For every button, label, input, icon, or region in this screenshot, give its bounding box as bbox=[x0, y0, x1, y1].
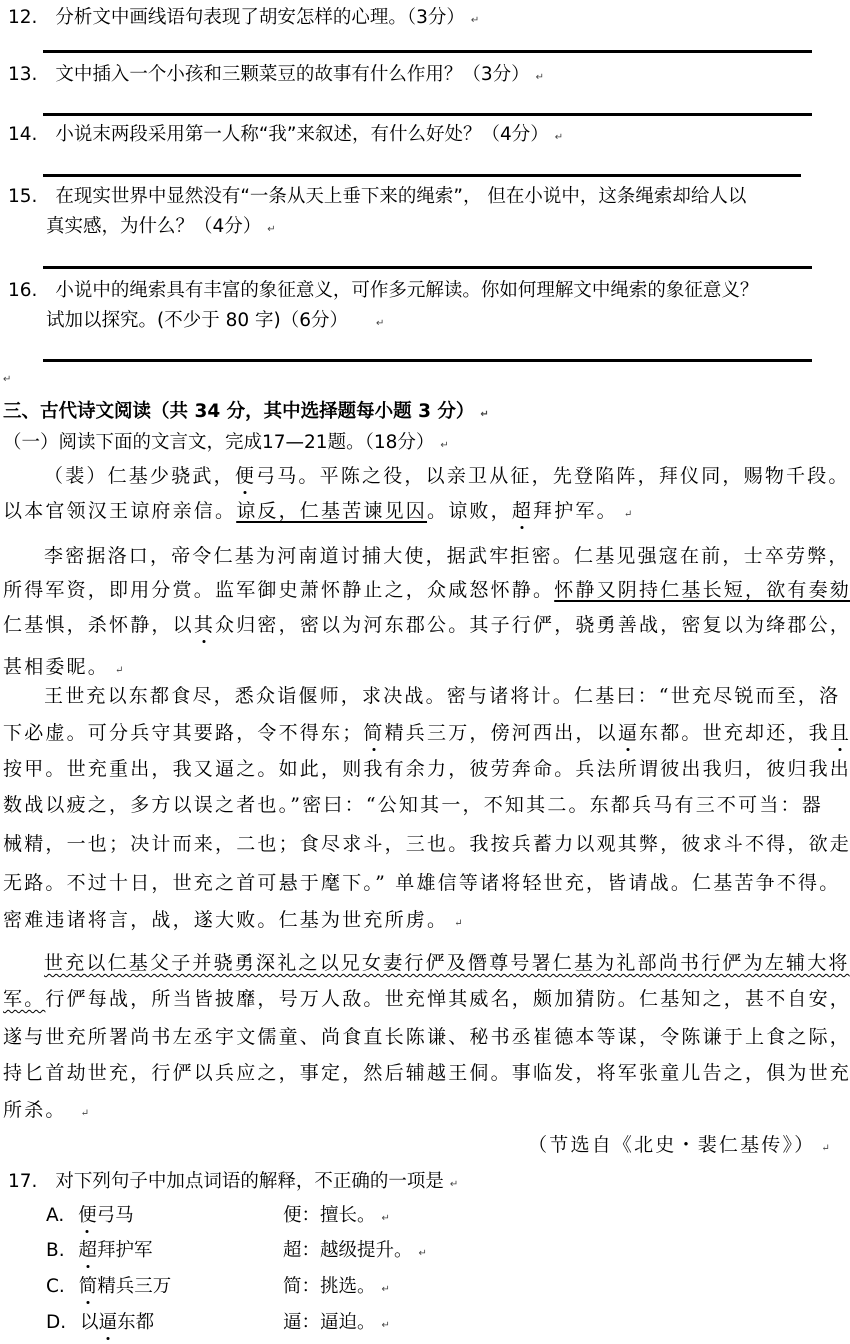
paragraph-mark: ↵ bbox=[440, 440, 448, 451]
question-16-line2: 试加以探究。(不少于 80 字)（6分）↵ bbox=[46, 310, 384, 335]
paragraph-mark: ↵ bbox=[536, 72, 544, 83]
paragraph-mark: ↵ bbox=[382, 1213, 390, 1224]
text: 无路。不过十日，世充之首可悬于麾下。” 单雄信等诸将轻世充，皆请战。仁基苦争不得… bbox=[3, 872, 840, 894]
dotted-word: 逼 bbox=[99, 1312, 118, 1333]
text: 王世充以东都食尽，悉众诣偃师，求决战。密与诸将计。仁基曰：“世充尽锐而至，洛 bbox=[44, 685, 840, 707]
question-text-line1: 小说中的绳索具有丰富的象征意义，可作多元解读。你如何理解文中绳索的象征意义？ bbox=[55, 280, 758, 301]
option-phrase: 精兵三万 bbox=[97, 1276, 171, 1297]
question-number: 12. bbox=[8, 7, 37, 28]
text: 所杀。 bbox=[3, 1099, 67, 1121]
passage-p2-line1: 李密据洛口，帝令仁基为河南道讨捕大使，据武牢拒密。仁基见强寇在前，士卒劳弊， bbox=[44, 545, 850, 567]
option-explanation: 便：擅长。 bbox=[283, 1205, 376, 1226]
paragraph-mark: ↵ bbox=[115, 665, 126, 676]
passage-p4-line2: 军。行俨每战，所当皆披靡，号万人敌。世充惮其威名，颇加猜防。仁基知之，甚不自安， bbox=[3, 988, 850, 1010]
question-text-line2: 真实感，为什么？（4分） bbox=[46, 216, 261, 237]
option-label: C. bbox=[46, 1276, 65, 1297]
question-text-line1: 在现实世界中显然没有“一条从天上垂下来的绳索”， 但在小说中，这条绳索却给人以 bbox=[55, 186, 746, 207]
question-number: 17. bbox=[8, 1171, 37, 1192]
option-explanation: 简：挑选。 bbox=[283, 1276, 376, 1297]
answer-line-16[interactable] bbox=[43, 359, 812, 362]
question-text: 文中插入一个小孩和三颗菜豆的故事有什么作用？（3分） bbox=[55, 64, 529, 85]
answer-line-12[interactable] bbox=[43, 50, 812, 53]
question-text: 小说末两段采用第一人称“我”来叙述，有什么好处？（4分） bbox=[55, 124, 548, 145]
question-16: 16. 小说中的绳索具有丰富的象征意义，可作多元解读。你如何理解文中绳索的象征意… bbox=[8, 280, 758, 302]
text: 仁基惧，杀怀静，以 bbox=[3, 614, 194, 636]
option-c-explain: 简：挑选。↵ bbox=[283, 1276, 390, 1301]
question-14: 14. 小说末两段采用第一人称“我”来叙述，有什么好处？（4分）↵ bbox=[8, 124, 563, 149]
option-label: D. bbox=[46, 1312, 66, 1333]
question-text: 对下列句子中加点词语的解释，不正确的一项是 bbox=[55, 1171, 444, 1192]
passage-source: （节选自《北史・裴仁基传》）↵ bbox=[528, 1134, 832, 1160]
option-phrase: 弓马 bbox=[97, 1205, 134, 1226]
text: 众归密，密以为河东郡公。其子行俨，骁勇善战，密复以为绛郡公， bbox=[215, 614, 850, 636]
section-title: 三、古代诗文阅读（共 34 分，其中选择题每小题 3 分） bbox=[3, 401, 474, 422]
question-number: 15. bbox=[8, 186, 37, 207]
text: 密难违诸将言，战，遂大败。仁基为世充所虏。 bbox=[3, 909, 448, 931]
option-label: B. bbox=[46, 1240, 65, 1261]
option-a-explain: 便：擅长。↵ bbox=[283, 1205, 390, 1230]
option-phrase: 拜护军 bbox=[97, 1240, 153, 1261]
passage-p4-line3: 遂与世充所署尚书左丞宇文儒童、尚食直长陈谦、秘书丞崔德本等谋，令陈谦于上食之际， bbox=[3, 1026, 850, 1048]
paragraph-mark: ↵ bbox=[624, 509, 635, 520]
passage-p3-line3: 按甲。世充重出，我又逼之。如此，则我有余力，彼劳奔命。兵法所谓彼出我归，彼归我出… bbox=[3, 758, 850, 780]
text: 甚相委昵。 bbox=[3, 656, 109, 678]
question-15-line2: 真实感，为什么？（4分）↵ bbox=[46, 216, 276, 241]
passage-p4-line1: 世充以仁基父子并骁勇深礼之以兄女妻行俨及僭尊号署仁基为礼部尚书行俨为左辅大将 bbox=[44, 952, 850, 974]
passage-p3-line7: 密难违诸将言，战，遂大败。仁基为世充所虏。↵ bbox=[3, 909, 465, 935]
passage-p3-line2: 下必虚。可分兵守其要路，令不得东；简精兵三万，傍河西出，以逼东都。世充却还，我且 bbox=[3, 722, 850, 744]
paragraph-mark: ↵ bbox=[454, 918, 465, 929]
question-number: 13. bbox=[8, 64, 37, 85]
question-number: 14. bbox=[8, 124, 37, 145]
paragraph-mark: ↵ bbox=[821, 1143, 832, 1154]
text: 遂与世充所署尚书左丞宇文儒童、尚食直长陈谦、秘书丞崔德本等谋，令陈谦于上食之际， bbox=[3, 1026, 850, 1048]
option-a[interactable]: A. 便弓马 bbox=[46, 1205, 134, 1227]
paragraph-mark: ↵ bbox=[419, 1248, 427, 1259]
answer-line-14[interactable] bbox=[43, 174, 801, 177]
question-17: 17. 对下列句子中加点词语的解释，不正确的一项是↵ bbox=[8, 1171, 458, 1196]
dotted-word: 便 bbox=[235, 465, 256, 487]
paragraph-mark: ↵ bbox=[267, 224, 275, 235]
text: 行俨每战，所当皆披靡，号万人敌。世充惮其威名，颇加猜防。仁基知之，甚不自安， bbox=[45, 988, 850, 1010]
passage-p3-line5: 械精，一也；决计而来，二也；食尽求斗，三也。我按兵蓄力以观其弊，彼求斗不得，欲走 bbox=[3, 833, 850, 855]
text: 以本官领汉王谅府亲信。 bbox=[3, 500, 236, 522]
dotted-word: 便 bbox=[78, 1205, 97, 1226]
option-d[interactable]: D. 以逼东都 bbox=[46, 1312, 154, 1334]
text: 下必虚。可分兵守其要路，令不得东； bbox=[3, 722, 363, 744]
text: 李密据洛口，帝令仁基为河南道讨捕大使，据武牢拒密。仁基见强寇在前，士卒劳弊， bbox=[44, 545, 850, 567]
option-phrase: 东都 bbox=[117, 1312, 154, 1333]
text: 弓马。平陈之役，以亲卫从征，先登陷阵，拜仪同，赐物千段。 bbox=[256, 465, 850, 487]
passage-p3-line1: 王世充以东都食尽，悉众诣偃师，求决战。密与诸将计。仁基曰：“世充尽锐而至，洛 bbox=[44, 685, 840, 707]
paragraph-mark: ↵ bbox=[382, 1320, 390, 1331]
passage-p1-line1: （裴）仁基少骁武，便弓马。平陈之役，以亲卫从征，先登陷阵，拜仪同，赐物千段。 bbox=[44, 465, 850, 487]
text: 按甲。世充重出，我又逼之。如此，则我有余力，彼劳奔命。兵法所谓彼出我归，彼归我出… bbox=[3, 758, 850, 780]
sub-heading: （一）阅读下面的文言文，完成17—21题。（18分）↵ bbox=[3, 432, 449, 457]
option-explanation: 逼：逼迫。 bbox=[283, 1312, 376, 1333]
underlined-sentence: 怀静又阴持仁基长短，欲有奏劾 bbox=[554, 579, 850, 601]
dotted-word: 简 bbox=[79, 1276, 98, 1297]
sub-heading-text: （一）阅读下面的文言文，完成17—21题。（18分） bbox=[3, 432, 434, 453]
dotted-word: 逼 bbox=[618, 722, 639, 744]
section-heading: 三、古代诗文阅读（共 34 分，其中选择题每小题 3 分）↵ bbox=[3, 401, 489, 426]
question-text-line2: 试加以探究。(不少于 80 字)（6分） bbox=[46, 310, 348, 331]
question-number: 16. bbox=[8, 280, 37, 301]
passage-p2-line4: 甚相委昵。↵ bbox=[3, 656, 126, 682]
dotted-word: 且 bbox=[830, 722, 850, 744]
passage-p3-line6: 无路。不过十日，世充之首可悬于麾下。” 单雄信等诸将轻世充，皆请战。仁基苦争不得… bbox=[3, 872, 840, 894]
option-b[interactable]: B. 超拜护军 bbox=[46, 1240, 153, 1262]
answer-line-15[interactable] bbox=[43, 266, 812, 269]
question-15: 15. 在现实世界中显然没有“一条从天上垂下来的绳索”， 但在小说中，这条绳索却… bbox=[8, 186, 746, 208]
text: 械精，一也；决计而来，二也；食尽求斗，三也。我按兵蓄力以观其弊，彼求斗不得，欲走 bbox=[3, 833, 850, 855]
paragraph-mark: ↵ bbox=[555, 132, 563, 143]
question-12: 12. 分析文中画线语句表现了胡安怎样的心理。（3分）↵ bbox=[8, 7, 479, 32]
passage-p2-line3: 仁基惧，杀怀静，以其众归密，密以为河东郡公。其子行俨，骁勇善战，密复以为绛郡公， bbox=[3, 614, 850, 636]
paragraph-mark: ↵ bbox=[450, 1179, 458, 1190]
wavy-underlined-sentence: 世充以仁基父子并骁勇深礼之以兄女妻行俨及僭尊号署仁基为礼部尚书行俨为左辅大将 bbox=[44, 952, 850, 974]
text: 精兵三万，傍河西出，以 bbox=[385, 722, 618, 744]
paragraph-mark: ↵ bbox=[3, 374, 11, 385]
text: 东都。世充却还，我 bbox=[639, 722, 830, 744]
passage-p2-line2: 所得军资，即用分赏。监军御史萧怀静止之，众咸怒怀静。怀静又阴持仁基长短，欲有奏劾… bbox=[3, 579, 850, 601]
source-citation: （节选自《北史・裴仁基传》） bbox=[528, 1134, 815, 1156]
passage-p4-line5: 所杀。↵ bbox=[3, 1099, 91, 1125]
text: （裴）仁基少骁武， bbox=[44, 465, 235, 487]
dotted-word: 其 bbox=[194, 614, 215, 636]
paragraph-mark: ↵ bbox=[471, 15, 479, 26]
paragraph-mark: ↵ bbox=[382, 1284, 390, 1295]
option-d-explain: 逼：逼迫。↵ bbox=[283, 1312, 390, 1337]
text: 拜护军。 bbox=[533, 500, 618, 522]
passage-p4-line4: 持匕首劫世充，行俨以兵应之，事定，然后辅越王侗。事临发，将军张童儿告之，俱为世充 bbox=[3, 1062, 850, 1084]
text: 。谅败， bbox=[427, 500, 512, 522]
paragraph-mark: ↵ bbox=[480, 409, 488, 420]
question-13: 13. 文中插入一个小孩和三颗菜豆的故事有什么作用？（3分）↵ bbox=[8, 64, 544, 89]
text: 持匕首劫世充，行俨以兵应之，事定，然后辅越王侗。事临发，将军张童儿告之，俱为世充 bbox=[3, 1062, 850, 1084]
passage-p1-line2: 以本官领汉王谅府亲信。谅反，仁基苦谏见囚。谅败，超拜护军。↵ bbox=[3, 500, 634, 526]
text: 数战以疲之，多方以误之者也。”密曰：“公知其一，不知其二。东都兵马有三不可当：器 bbox=[3, 794, 823, 816]
text: 所得军资，即用分赏。监军御史萧怀静止之，众咸怒怀静。 bbox=[3, 579, 554, 601]
option-explanation: 超：越级提升。 bbox=[283, 1240, 413, 1261]
option-phrase-prefix: 以 bbox=[80, 1312, 99, 1333]
option-c[interactable]: C. 简精兵三万 bbox=[46, 1276, 171, 1298]
wavy-underlined-sentence-end: 军。 bbox=[3, 988, 45, 1010]
dotted-word: 超 bbox=[78, 1240, 97, 1261]
question-text: 分析文中画线语句表现了胡安怎样的心理。（3分） bbox=[55, 7, 465, 28]
dotted-word: 超 bbox=[512, 500, 533, 522]
answer-line-13[interactable] bbox=[43, 113, 812, 116]
paragraph-mark: ↵ bbox=[376, 318, 384, 329]
underlined-sentence: 谅反，仁基苦谏见囚 bbox=[236, 500, 427, 522]
option-b-explain: 超：越级提升。↵ bbox=[283, 1240, 427, 1265]
option-label: A. bbox=[46, 1205, 64, 1226]
dotted-word: 简 bbox=[363, 722, 384, 744]
passage-p3-line4: 数战以疲之，多方以误之者也。”密曰：“公知其一，不知其二。东都兵马有三不可当：器 bbox=[3, 794, 823, 816]
paragraph-mark: ↵ bbox=[81, 1108, 92, 1119]
